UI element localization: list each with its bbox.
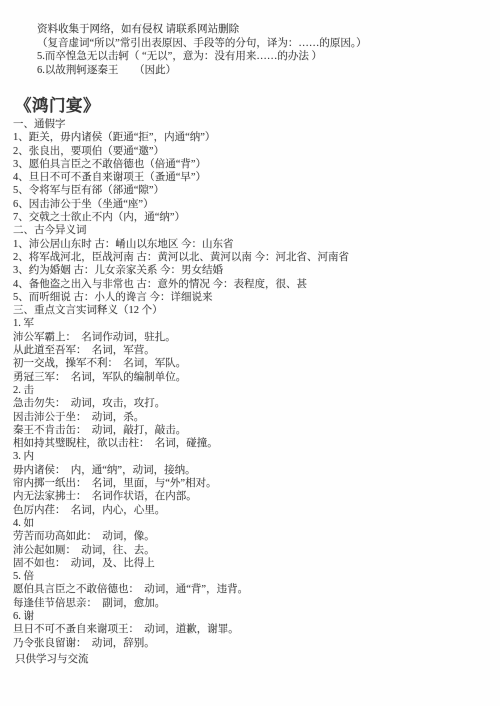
subsection-heading-ji: 2. 击	[13, 384, 349, 397]
list-item: 相如持其璧睨柱，欲以击柱： 名词，碰撞。	[13, 437, 349, 450]
section-heading-shici: 三、重点文言实词释义（12 个）	[13, 304, 349, 317]
list-item: 乃令张良留谢： 动词，辞别。	[13, 637, 349, 650]
subsection-heading-ru: 4. 如	[13, 517, 349, 530]
subsection-heading-nei: 3. 内	[13, 450, 349, 463]
header-line: （复音虚词“所以”常引出表原因、手段等的分句，译为：……的原因。）	[37, 37, 367, 51]
list-item: 4、旦日不可不蚤自来谢项王（蚤通“早”）	[13, 171, 349, 184]
list-item: 急击勿失： 动词，攻击，攻打。	[13, 397, 349, 410]
list-item: 帘内掷一纸出： 名词，里面，与“外”相对。	[13, 477, 349, 490]
subsection-heading-bei: 5. 倍	[13, 570, 349, 583]
list-item: 愿伯具言臣之不敢倍德也： 动词，通“背”，违背。	[13, 583, 349, 596]
list-item: 2、将军战河北，臣战河南 古：黄河以北、黄河以南 今：河北省、河南省	[13, 251, 349, 264]
list-item: 5、令将军与臣有郤（郤通“隙”）	[13, 184, 349, 197]
list-item: 7、交戟之士欲止不内（内，通“纳”）	[13, 211, 349, 224]
header-line: 资料收集于网络，如有侵权 请联系网站删除	[37, 23, 367, 37]
list-item: 1、距关，毋内诸侯（距通“拒”，内通“纳”）	[13, 131, 349, 144]
section-heading-tongjiazi: 一、通假字	[13, 118, 349, 131]
list-item: 3、愿伯具言臣之不敢倍德也（倍通“背”）	[13, 158, 349, 171]
list-item: 沛公起如厕： 动词，往、去。	[13, 544, 349, 557]
document-body: 一、通假字 1、距关，毋内诸侯（距通“拒”，内通“纳”） 2、张良出，要项伯（要…	[13, 118, 349, 650]
list-item: 劳苦而功高如此： 动词，像。	[13, 530, 349, 543]
document-title: 《鸿门宴》	[15, 92, 100, 116]
list-item: 毋内诸侯： 内，通“纳”，动词，接纳。	[13, 464, 349, 477]
list-item: 2、张良出，要项伯（要通“邀”）	[13, 145, 349, 158]
list-item: 初一交战，操军不利： 名词，军队。	[13, 357, 349, 370]
list-item: 固不如也： 动词，及、比得上	[13, 557, 349, 570]
list-item: 内无法家拂士： 名词作状语，在内部。	[13, 490, 349, 503]
document-page: 资料收集于网络，如有侵权 请联系网站删除 （复音虚词“所以”常引出表原因、手段等…	[0, 0, 500, 706]
list-item: 因击沛公于坐： 动词，杀。	[13, 411, 349, 424]
subsection-heading-jun: 1. 军	[13, 317, 349, 330]
header-line: 5.而卒惶急无以击轲（ “无以”，意为：没有用来……的办法 ）	[37, 50, 367, 64]
list-item: 1、沛公居山东时 古：崤山以东地区 今：山东省	[13, 238, 349, 251]
list-item: 3、约为婚姻 古：儿女亲家关系 今：男女结婚	[13, 264, 349, 277]
list-item: 沛公军霸上： 名词作动词，驻扎。	[13, 331, 349, 344]
list-item: 每逢佳节倍思亲： 副词，愈加。	[13, 597, 349, 610]
header-disclaimer-block: 资料收集于网络，如有侵权 请联系网站删除 （复音虚词“所以”常引出表原因、手段等…	[37, 23, 367, 77]
list-item: 4、备他盗之出入与非常也 古：意外的情况 今：表程度，很、甚	[13, 278, 349, 291]
list-item: 从此道至吾军： 名词，军营。	[13, 344, 349, 357]
list-item: 勇冠三军： 名词，军队的编制单位。	[13, 371, 349, 384]
header-line: 6.以故荆轲逐秦王 （因此）	[37, 64, 367, 78]
footer-note: 只供学习与交流	[15, 651, 89, 666]
list-item: 6、因击沛公于坐（坐通“座”）	[13, 198, 349, 211]
list-item: 旦日不可不蚤自来谢项王： 动词，道歉，谢罪。	[13, 623, 349, 636]
list-item: 5、而听细说 古：小人的谗言 今：详细说来	[13, 291, 349, 304]
list-item: 秦王不肯击缶： 动词，敲打，敲击。	[13, 424, 349, 437]
section-heading-gujinyiyi: 二、古今异义词	[13, 224, 349, 237]
subsection-heading-xie: 6. 谢	[13, 610, 349, 623]
list-item: 色厉内荏： 名词，内心，心里。	[13, 504, 349, 517]
